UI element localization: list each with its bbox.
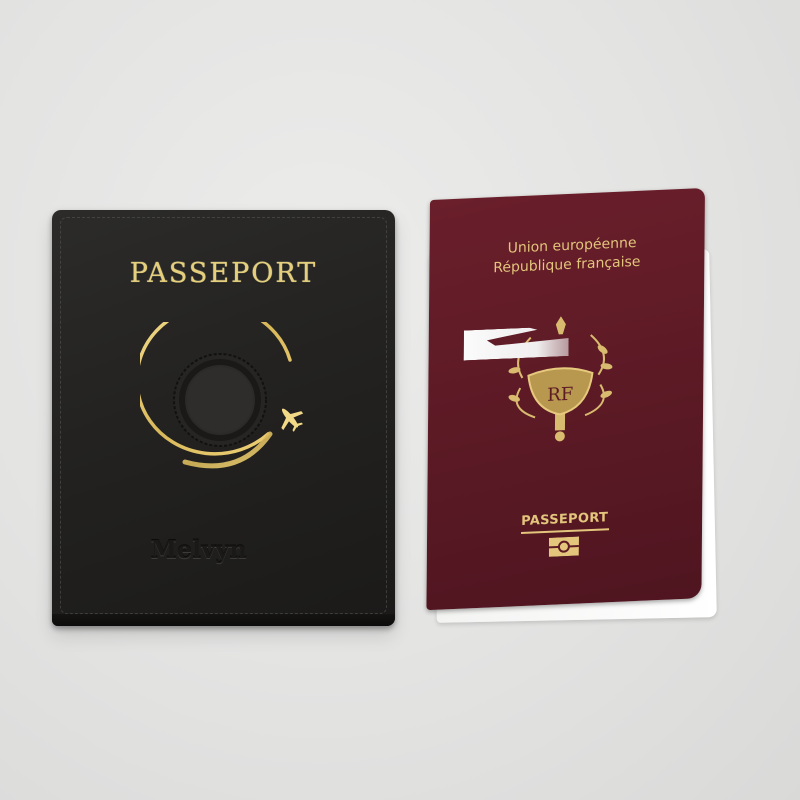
svg-text:RF: RF [547, 384, 573, 406]
cover-title: PASSEPORT [52, 258, 395, 289]
cover-bottom-edge [52, 614, 395, 626]
biometric-chip-icon [549, 537, 579, 557]
leather-passport-cover: PASSEPORT Melvyn [52, 210, 395, 626]
photo-scene: PASSEPORT Melvyn [0, 0, 800, 800]
french-passport: Union européenne République française [426, 188, 705, 610]
embossed-name: Melvyn [52, 535, 395, 564]
passport-document-label: PASSEPORT [427, 506, 702, 533]
circle-with-airplane-icon [140, 322, 320, 482]
passport-label-underline [521, 528, 609, 533]
